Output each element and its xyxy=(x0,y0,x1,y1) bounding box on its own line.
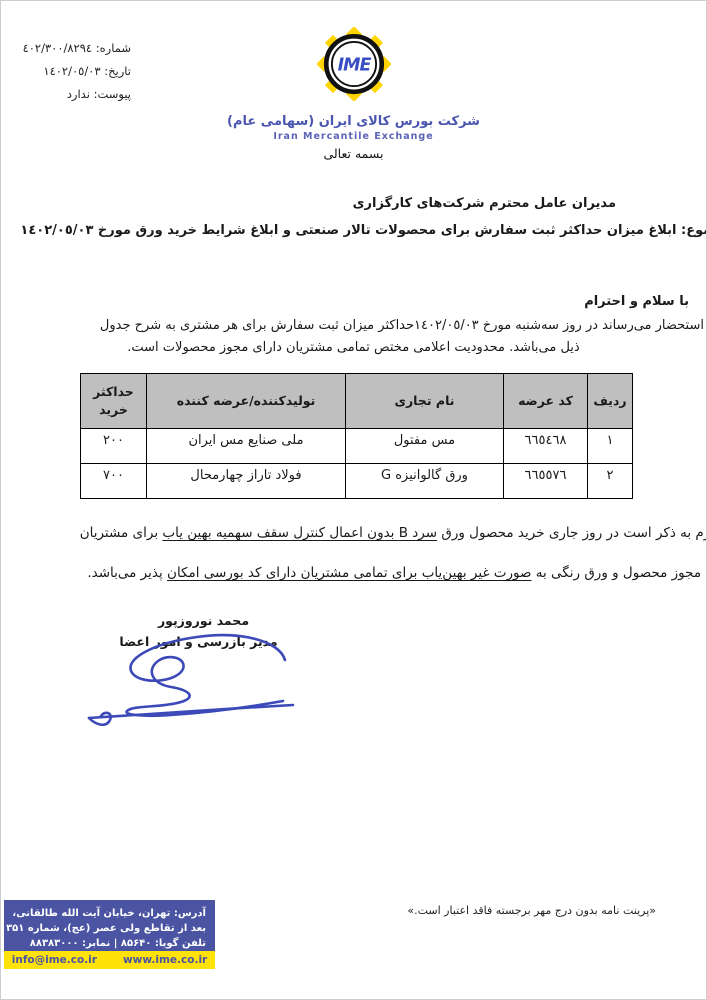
paragraph2-line2-text: دارای مجوز محصول و ورق رنگی به xyxy=(531,565,707,581)
subject-line: موضوع: ابلاغ میزان حداکثر ثبت سفارش برای… xyxy=(20,223,707,238)
address-line: آدرس: تهران، خیابان آیت الله طالقانی، xyxy=(10,906,206,921)
paragraph2-line1-underlined: سرد B بدون اعمال کنترل سقف سهمیه بهین یا… xyxy=(162,525,437,541)
footer-address-block: آدرس: تهران، خیابان آیت الله طالقانی، بع… xyxy=(4,900,215,951)
ime-logo-text: IME xyxy=(337,56,371,76)
footer-address-box: آدرس: تهران، خیابان آیت الله طالقانی، بع… xyxy=(4,900,215,969)
body-paragraph1-line1: استحضار می‌رساند در روز سه‌شنبه مورخ ١٤٠… xyxy=(100,318,704,333)
handwritten-signature xyxy=(73,626,308,730)
signature-icon xyxy=(73,626,308,726)
ime-logo-mark-icon: IME xyxy=(317,27,391,101)
col-max-purchase: حداکثر خرید xyxy=(81,374,147,429)
cell-row-number: ٢ xyxy=(588,464,633,499)
col-trade-name: نام تجاری xyxy=(346,374,504,429)
paragraph2-line1-tail: برای مشتریان xyxy=(80,525,163,541)
col-row-number: ردیف xyxy=(588,374,633,429)
footer-contact-strip: info@ime.co.ir www.ime.co.ir xyxy=(4,951,215,969)
table-header-row: ردیف کد عرضه نام تجاری تولیدکننده/عرضه ک… xyxy=(81,374,633,429)
besmeleh-text: بسمه تعالی xyxy=(1,146,706,161)
brand-name-fa: شرکت بورس کالای ایران (سهامی عام) xyxy=(1,114,706,129)
salutation: با سلام و احترام xyxy=(584,294,689,309)
address-line: تلفن گویا: ۸۵۶۴۰ | نمابر: ۸۸۳۸۳۰۰۰ xyxy=(10,936,206,951)
validity-note: «پرینت نامه بدون درج مهر برجسته فاقد اعت… xyxy=(407,904,656,917)
order-limit-table: ردیف کد عرضه نام تجاری تولیدکننده/عرضه ک… xyxy=(80,373,633,499)
cell-trade-name: مس مفتول xyxy=(346,429,504,464)
cell-trade-name: ورق گالوانیزه G xyxy=(346,464,504,499)
letter-page: شماره: ٤٠٢/٣٠٠/٨٢٩٤ تاریخ: ١٤٠٢/٠٥/٠٣ پی… xyxy=(0,0,707,1000)
cell-max-purchase: ٢٠٠ xyxy=(81,429,147,464)
address-line: بعد از تقاطع ولی عصر (عج)، شماره ۳۵۱ xyxy=(10,921,206,936)
col-supply-code: کد عرضه xyxy=(504,374,588,429)
cell-producer: فولاد تاراز چهارمحال xyxy=(147,464,346,499)
footer-website: www.ime.co.ir xyxy=(123,954,207,966)
cell-producer: ملی صنایع مس ایران xyxy=(147,429,346,464)
paragraph2-line2-underlined: صورت غیر بهین‌یاب برای تمامی مشتریان دار… xyxy=(167,565,531,581)
table-row: ١ ٦٦٥٤٦٨ مس مفتول ملی صنایع مس ایران ٢٠٠ xyxy=(81,429,633,464)
body-paragraph1-line2: ذیل می‌باشد. محدودیت اعلامی مختص تمامی م… xyxy=(1,340,706,355)
paragraph2-line1-text: لازم به ذکر است در روز جاری خرید محصول و… xyxy=(437,525,707,541)
recipient-heading: مدیران عامل محترم شرکت‌های کارگزاری xyxy=(353,196,616,211)
paragraph2-line2-tail: پذیر می‌باشد. xyxy=(87,565,167,581)
cell-supply-code: ٦٦٥٥٧٦ xyxy=(504,464,588,499)
ime-logo: IME xyxy=(1,27,706,105)
cell-max-purchase: ٧٠٠ xyxy=(81,464,147,499)
col-producer: تولیدکننده/عرضه کننده xyxy=(147,374,346,429)
cell-row-number: ١ xyxy=(588,429,633,464)
footer-email: info@ime.co.ir xyxy=(12,954,97,966)
body-paragraph2-line2: دارای مجوز محصول و ورق رنگی به صورت غیر … xyxy=(87,565,707,581)
table-row: ٢ ٦٦٥٥٧٦ ورق گالوانیزه G فولاد تاراز چها… xyxy=(81,464,633,499)
cell-supply-code: ٦٦٥٤٦٨ xyxy=(504,429,588,464)
body-paragraph2-line1: لازم به ذکر است در روز جاری خرید محصول و… xyxy=(80,525,707,541)
brand-name-en: Iran Mercantile Exchange xyxy=(1,131,706,142)
